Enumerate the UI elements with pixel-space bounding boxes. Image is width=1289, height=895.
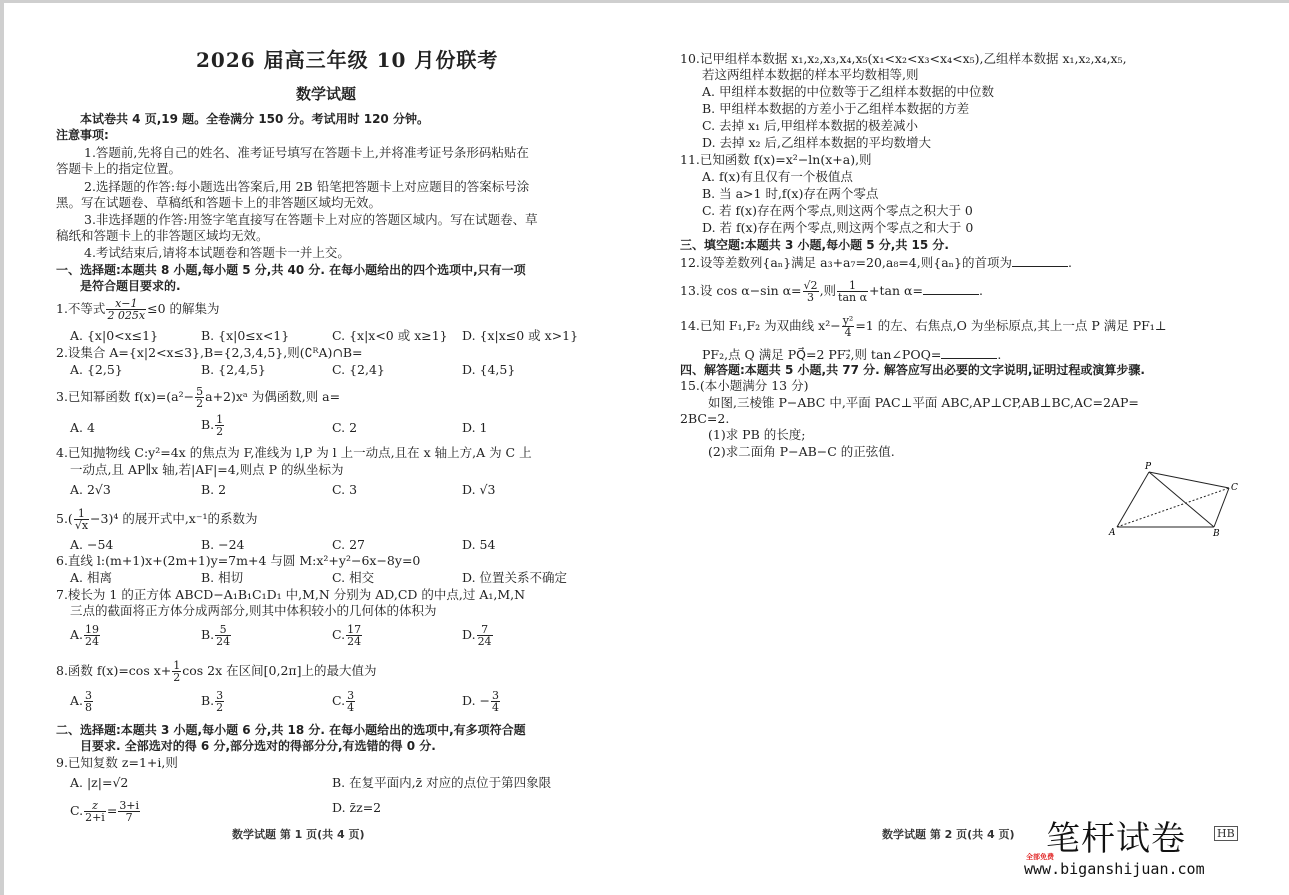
question-6: 6.直线 l:(m+1)x+(2m+1)y=7m+4 与圆 M:x²+y²−6x… (56, 553, 420, 569)
page-2-footer: 数学试题 第 2 页(共 4 页) (882, 827, 1015, 843)
q2-option-b: B. {2,4,5} (201, 362, 266, 378)
question-1: 1.不等式x−12 025x≤0 的解集为 (56, 298, 220, 321)
q3-option-c: C. 2 (332, 420, 357, 436)
watermark-brand: 笔杆试卷 (1046, 820, 1186, 858)
q4-option-c: C. 3 (332, 482, 357, 498)
question-15-stem: 如图,三棱锥 P−ABC 中,平面 PAC⊥平面 ABC,AP⊥CP,AB⊥BC… (708, 395, 1139, 411)
q1-option-d: D. {x|x≤0 或 x>1} (462, 328, 578, 344)
q7-option-a: A.1924 (70, 624, 101, 647)
q10-option-c: C. 去掉 x₁ 后,甲组样本数据的极差减小 (702, 118, 918, 134)
question-4: 4.已知抛物线 C:y²=4x 的焦点为 F,准线为 l,P 为 l 上一动点,… (56, 445, 532, 461)
q4-option-d: D. √3 (462, 482, 495, 498)
vertex-label-b: B (1212, 529, 1220, 539)
vertex-label-c: C (1231, 483, 1238, 493)
section-1-heading-cont: 是符合题目要求的. (80, 278, 181, 294)
notice-line: 黑。写在试题卷、草稿纸和答题卡上的非答题区域均无效。 (56, 195, 381, 211)
tetrahedron-diagram: P C A B (1100, 455, 1250, 540)
q6-option-d: D. 位置关系不确定 (462, 570, 567, 586)
question-15-part-2: (2)求二面角 P−AB−C 的正弦值. (708, 444, 895, 460)
q8-option-a: A.38 (70, 690, 94, 713)
question-10: 10.记甲组样本数据 x₁,x₂,x₃,x₄,x₅(x₁<x₂<x₃<x₄<x₅… (680, 51, 1127, 67)
question-2: 2.设集合 A={x|2<x≤3},B={2,3,4,5},则(∁ᴿA)∩B= (56, 345, 363, 361)
question-13: 13.设 cos α−sin α=√23,则1tan α+tan α=. (680, 280, 983, 303)
viewer-top-edge (0, 0, 1289, 3)
q2-option-c: C. {2,4} (332, 362, 385, 378)
q11-option-a: A. f(x)有且仅有一个极值点 (702, 169, 853, 185)
question-3: 3.已知幂函数 f(x)=(a²−52a+2)xᵃ 为偶函数,则 a= (56, 386, 340, 409)
q6-option-c: C. 相交 (332, 570, 374, 586)
section-1-heading: 一、选择题:本题共 8 小题,每小题 5 分,共 40 分. 在每小题给出的四个… (56, 262, 526, 278)
notice-line: 4.考试结束后,请将本试题卷和答题卡一并上交。 (84, 245, 350, 261)
notice-line: 稿纸和答题卡上的非答题区域均无效。 (56, 228, 269, 244)
q9-option-d: D. z̄z=2 (332, 800, 381, 816)
q9-option-b: B. 在复平面内,z̄ 对应的点位于第四象限 (332, 775, 551, 791)
q3-option-b: B.12 (201, 414, 225, 437)
q5-option-c: C. 27 (332, 537, 365, 553)
q2-option-a: A. {2,5} (70, 362, 123, 378)
vertex-label-p: P (1144, 462, 1152, 472)
section-3-heading: 三、填空题:本题共 3 小题,每小题 5 分,共 15 分. (680, 237, 949, 253)
question-15-part-1: (1)求 PB 的长度; (708, 427, 805, 443)
question-4-cont: 一动点,且 AP∥x 轴,若|AF|=4,则点 P 的纵坐标为 (70, 462, 344, 478)
exam-subtitle: 数学试题 (296, 86, 356, 102)
watermark-url: www.biganshijuan.com (1024, 860, 1205, 878)
question-14: 14.已知 F₁,F₂ 为双曲线 x²−y²4=1 的左、右焦点,O 为坐标原点… (680, 315, 1167, 338)
notice-line: 3.非选择题的作答:用签字笔直接写在答题卡上对应的答题区域内。写在试题卷、草 (84, 212, 538, 228)
question-9: 9.已知复数 z=1+i,则 (56, 755, 178, 771)
section-4-heading: 四、解答题:本题共 5 小题,共 77 分. 解答应写出必要的文字说明,证明过程… (680, 362, 1145, 378)
q6-option-a: A. 相离 (70, 570, 112, 586)
q11-option-c: C. 若 f(x)存在两个零点,则这两个零点之积大于 0 (702, 203, 973, 219)
question-11: 11.已知函数 f(x)=x²−ln(x+a),则 (680, 152, 872, 168)
q11-option-b: B. 当 a>1 时,f(x)存在两个零点 (702, 186, 878, 202)
notice-heading: 注意事项: (56, 127, 109, 143)
section-2-heading-cont: 目要求. 全部选对的得 6 分,部分选对的得部分分,有选错的得 0 分. (80, 738, 436, 754)
question-14-cont: PF₂,点 Q 满足 PQ⃗=2 PF₂⃗,则 tan∠POQ=. (702, 346, 1001, 363)
question-5: 5.(1√x−3)⁴ 的展开式中,x⁻¹的系数为 (56, 508, 257, 531)
exam-intro: 本试卷共 4 页,19 题。全卷满分 150 分。考试用时 120 分钟。 (80, 111, 429, 127)
notice-line: 答题卡上的指定位置。 (56, 161, 181, 177)
q5-option-d: D. 54 (462, 537, 495, 553)
q6-option-b: B. 相切 (201, 570, 243, 586)
notice-line: 2.选择题的作答:每小题选出答案后,用 2B 铅笔把答题卡上对应题目的答案标号涂 (84, 179, 529, 195)
q11-option-d: D. 若 f(x)存在两个零点,则这两个零点之和大于 0 (702, 220, 973, 236)
q1-option-b: B. {x|0≤x<1} (201, 328, 289, 344)
question-8: 8.函数 f(x)=cos x+12cos 2x 在区间[0,2π]上的最大值为 (56, 660, 377, 683)
q7-option-d: D.724 (462, 624, 494, 647)
q1-option-a: A. {x|0<x≤1} (70, 328, 158, 344)
section-2-heading: 二、选择题:本题共 3 小题,每小题 6 分,共 18 分. 在每小题给出的选项… (56, 722, 526, 738)
q10-option-d: D. 去掉 x₂ 后,乙组样本数据的平均数增大 (702, 135, 931, 151)
q5-option-b: B. −24 (201, 537, 245, 553)
q1-option-c: C. {x|x<0 或 x≥1} (332, 328, 448, 344)
q4-option-a: A. 2√3 (70, 482, 111, 498)
q10-option-b: B. 甲组样本数据的方差小于乙组样本数据的方差 (702, 101, 969, 117)
question-15-header: 15.(本小题满分 13 分) (680, 378, 809, 394)
question-7-cont: 三点的截面将正方体分成两部分,则其中体积较小的几何体的体积为 (70, 603, 436, 619)
q4-option-b: B. 2 (201, 482, 226, 498)
q8-option-b: B.32 (201, 690, 225, 713)
question-12: 12.设等差数列{aₙ}满足 a₃+a₇=20,a₈=4,则{aₙ}的首项为. (680, 254, 1072, 271)
viewer-left-edge (0, 0, 4, 895)
q2-option-d: D. {4,5} (462, 362, 515, 378)
vertex-label-a: A (1108, 528, 1116, 538)
question-7: 7.棱长为 1 的正方体 ABCD−A₁B₁C₁D₁ 中,M,N 分别为 AD,… (56, 587, 525, 603)
q3-option-a: A. 4 (70, 420, 95, 436)
q7-option-b: B.524 (201, 624, 232, 647)
q14-answer-blank (941, 346, 997, 359)
hb-badge: HB (1214, 826, 1238, 841)
q8-option-c: C.34 (332, 690, 356, 713)
q7-option-c: C.1724 (332, 624, 363, 647)
q10-option-a: A. 甲组样本数据的中位数等于乙组样本数据的中位数 (702, 84, 994, 100)
exam-title: 2026 届高三年级 10 月份联考 (196, 52, 498, 68)
q9-option-c: C.z2+i=3+i7 (70, 800, 141, 823)
q5-option-a: A. −54 (70, 537, 113, 553)
question-10-cont: 若这两组样本数据的样本平均数相等,则 (702, 67, 918, 83)
q3-option-d: D. 1 (462, 420, 487, 436)
q8-option-d: D. −34 (462, 690, 501, 713)
question-15-stem-cont: 2BC=2. (680, 411, 729, 427)
page-1-footer: 数学试题 第 1 页(共 4 页) (232, 827, 365, 843)
q12-answer-blank (1012, 254, 1068, 267)
q13-answer-blank (923, 282, 979, 295)
q9-option-a: A. |z|=√2 (70, 775, 128, 791)
notice-line: 1.答题前,先将自己的姓名、准考证号填写在答题卡上,并将准考证号条形码粘贴在 (84, 145, 529, 161)
